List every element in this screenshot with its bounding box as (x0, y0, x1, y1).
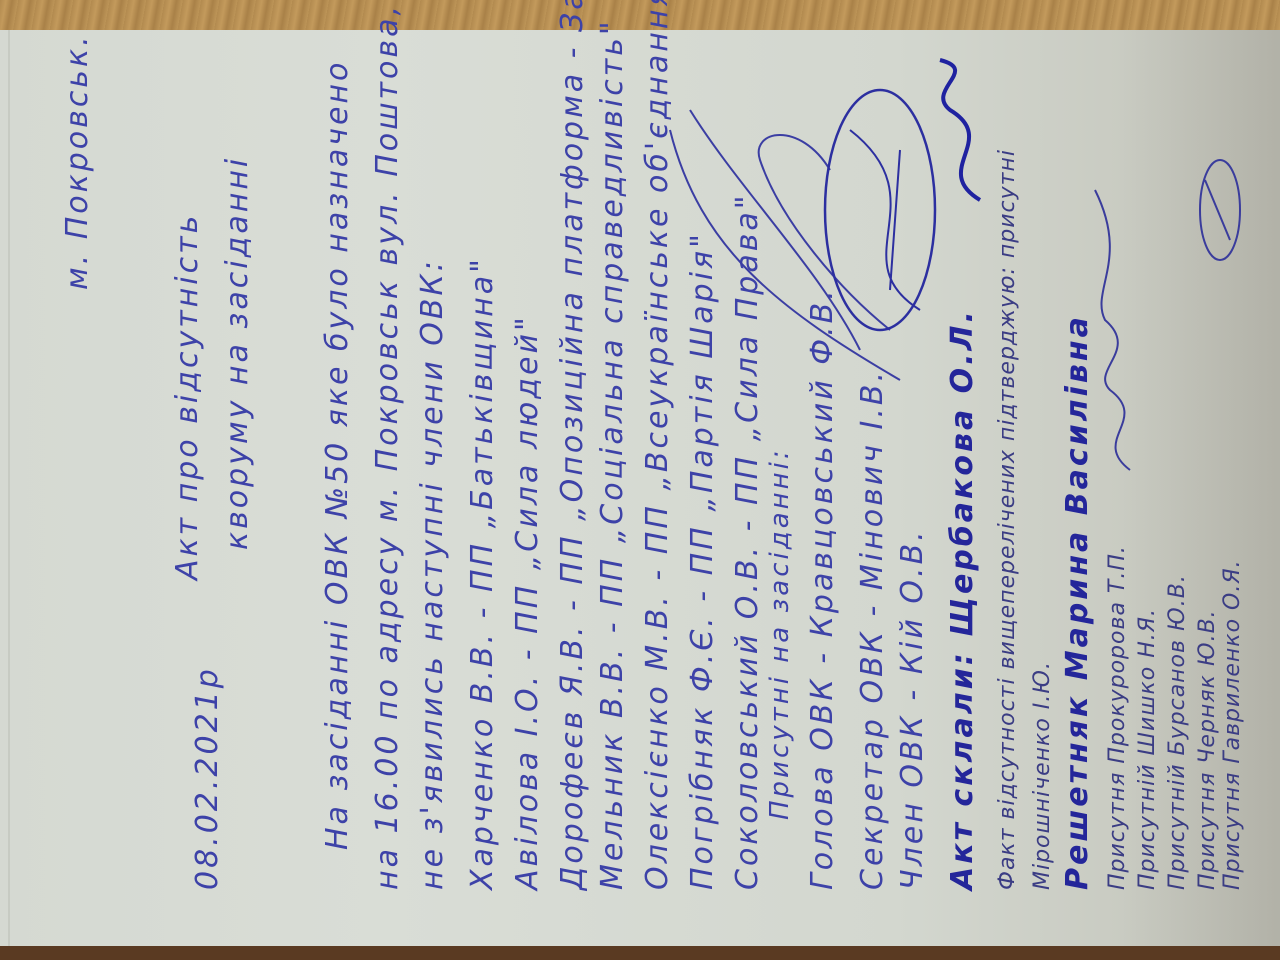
signature-witness (1080, 180, 1164, 480)
witness-line: Присутня Гавриленко О.Я. (1220, 559, 1245, 890)
compiled-by: Акт склали: Щербакова О.Л. (945, 308, 980, 890)
title-line-2: кворуму на засіданні (220, 156, 255, 550)
present-member: Секретар ОВК - Мінович І.В. (855, 369, 890, 890)
absent-member: Харченко В.В. - ПП „Батьківщина" (465, 256, 500, 890)
signature-compiler (920, 50, 1014, 210)
witness-line: Присутня Черняк Ю.В. (1195, 609, 1220, 890)
title-line-1: Акт про відсутність (170, 213, 205, 580)
signature-witness-2 (1190, 150, 1254, 270)
absent-member: Дорофеєв Я.В. - ПП „Опозиційна платформа… (555, 0, 590, 890)
city-header: м. Покровськ. (60, 33, 95, 290)
intro-line-2: на 16.00 по адресу м. Покровськ вул. Пош… (370, 0, 405, 890)
present-member: Член ОВК - Кій О.В. (895, 528, 930, 890)
date: 08.02.2021р (190, 666, 225, 890)
witness-line: Мірошніченко І.Ю. (1030, 661, 1055, 890)
present-label: Присутні на засіданні: (765, 447, 795, 820)
paper-edge (8, 30, 10, 950)
handwritten-act: м. Покровськ. 08.02.2021р Акт про відсут… (20, 10, 1260, 910)
witness-line: Присутній Бурсанов Ю.В. (1165, 574, 1190, 890)
desk-surface-bottom (0, 946, 1280, 960)
witness-intro: Факт відсутності вищеперелічених підтвер… (995, 149, 1020, 890)
witness-line: Присутня Прокуророва Т.П. (1105, 545, 1130, 890)
intro-line-3: не з'явились наступні члени ОВК: (415, 258, 450, 890)
absent-member: Авілова І.О. - ПП „Сила людей" (510, 314, 545, 890)
absent-member: Мельник В.В. - ПП „Соціальна справедливі… (595, 18, 630, 890)
intro-line-1: На засіданні ОВК №50 яке було назначено (320, 60, 355, 850)
witness-line: Присутній Шишко Н.Я. (1135, 608, 1160, 890)
